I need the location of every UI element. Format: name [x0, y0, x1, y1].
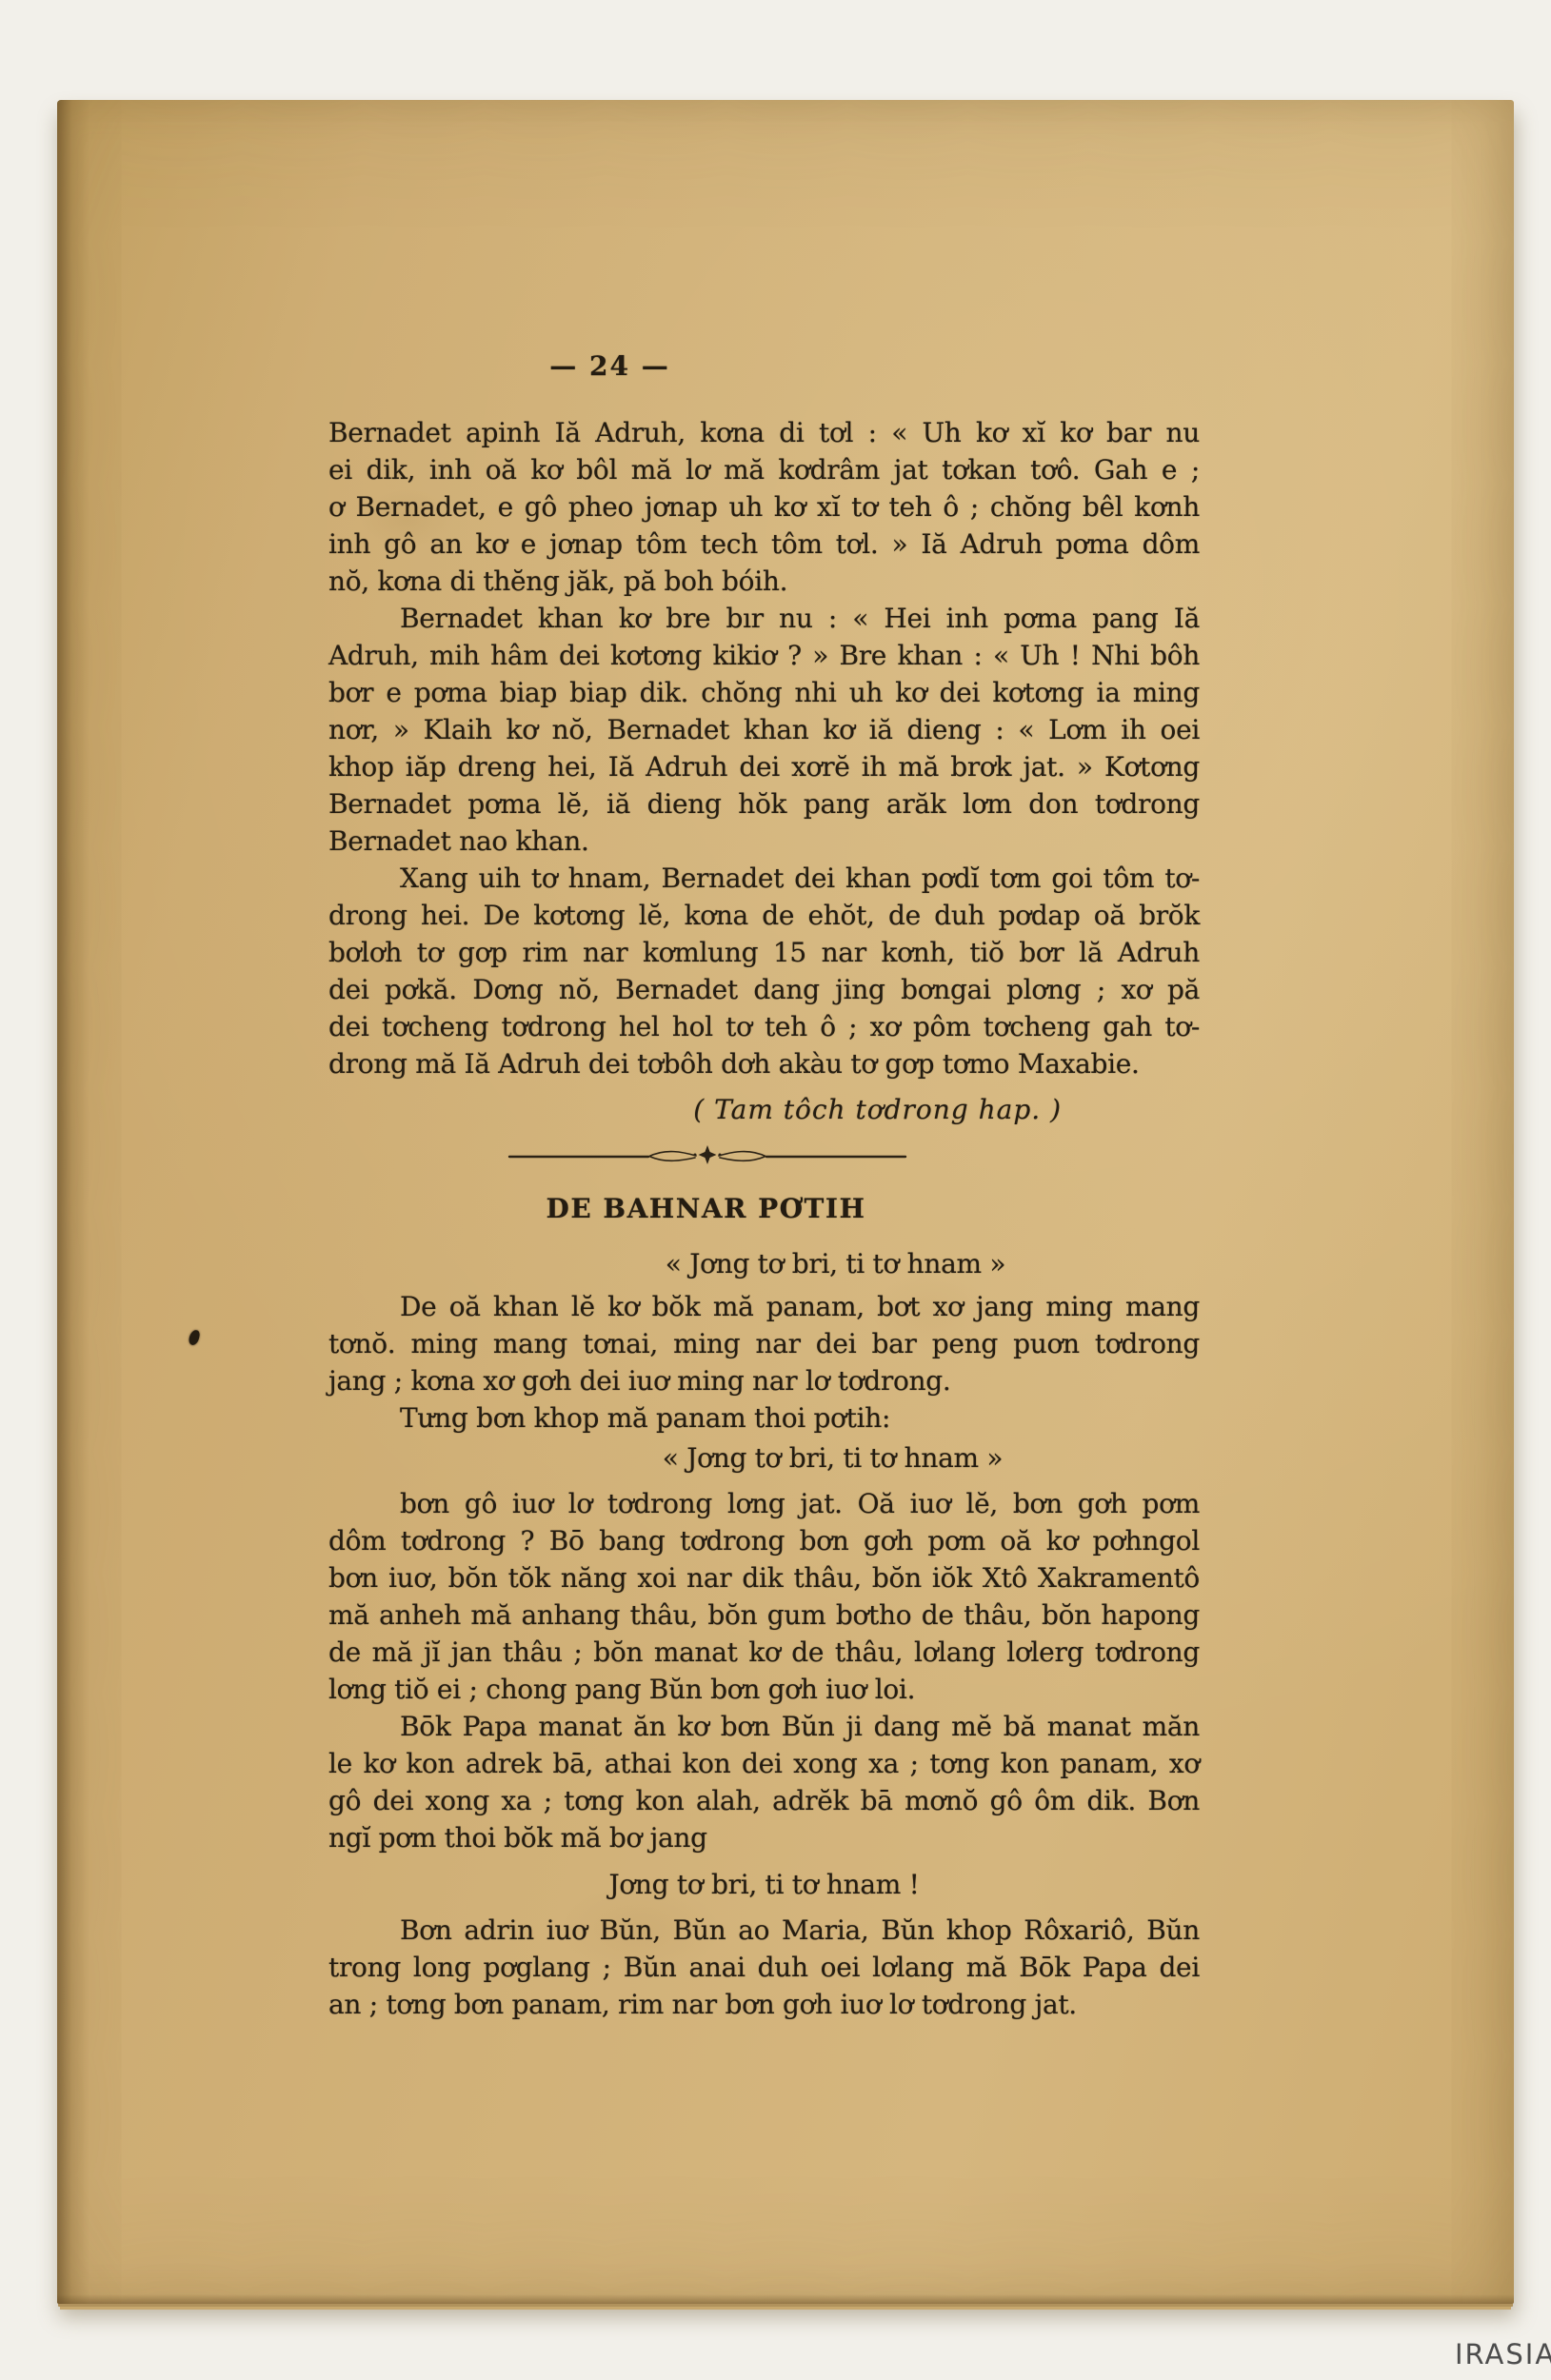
text-line: lơng tiŏ ei ; chong pang Bŭn bơn gơh iuơ… — [328, 1671, 1200, 1708]
text-line: nŏ, kơna di thĕng jăk, pă boh bóih. — [328, 563, 1200, 600]
text-line: ơ Bernadet, e gô pheo jơnap uh kơ xĭ tơ … — [328, 488, 1200, 526]
text-line: dei pơkă. Dơng nŏ, Bernadet dang jing bơ… — [328, 971, 1200, 1008]
text-line: drong hei. De kơtơng lĕ, kơna de ehŏt, d… — [328, 897, 1200, 934]
text-line: DE BAHNAR PƠTIH — [270, 1190, 1142, 1227]
refrain-line: Jơng tơ bri, ti tơ hnam ! — [328, 1866, 1200, 1903]
text-line: mă anheh mă anhang thâu, bŏn gum bơtho d… — [328, 1597, 1200, 1634]
text-line: bơr e pơma biap biap dik. chŏng nhi uh k… — [328, 674, 1200, 711]
text-line: nơr, » Klaih kơ nŏ, Bernadet khan kơ iă … — [328, 711, 1200, 748]
text-line: Bernadet apinh Iă Adruh, kơna di tơl : «… — [328, 414, 1200, 451]
text-line: dôm tơdrong ? Bō bang tơdrong bơn gơh pơ… — [328, 1522, 1200, 1559]
paragraph-1: Bernadet apinh Iă Adruh, kơna di tơl : «… — [328, 414, 1200, 600]
ink-speck — [188, 1329, 201, 1346]
text-line: trong long pơglang ; Bŭn anai duh oei lơ… — [328, 1949, 1200, 1986]
text-line: Xang uih tơ hnam, Bernadet dei khan pơdĭ… — [328, 860, 1200, 897]
paragraph-5: Tưng bơn khop mă panam thoi pơtih: — [328, 1399, 1200, 1437]
page-number: — 24 — — [174, 347, 1045, 385]
text-line: ( Tam tôch tơdrong hap. ) — [328, 1091, 1200, 1128]
text-line: drong mă Iă Adruh dei tơbôh dơh akàu tơ … — [328, 1045, 1200, 1082]
text-line: tơnŏ. ming mang tơnai, ming nar dei bar … — [328, 1325, 1200, 1362]
text-line: Bernadet pơma lĕ, iă dieng hŏk pang arăk… — [328, 785, 1200, 823]
text-line: bơlơh tơ gơp rim nar kơmlung 15 nar kơnh… — [328, 934, 1200, 971]
paragraph-3: Xang uih tơ hnam, Bernadet dei khan pơdĭ… — [328, 860, 1200, 1082]
refrain-quote-2: « Jơng tơ bri, ti tơ hnam » — [397, 1439, 1268, 1477]
scan-background: — 24 —Bernadet apinh Iă Adruh, kơna di t… — [0, 0, 1551, 2380]
paragraph-7: Bōk Papa manat ăn kơ bơn Bŭn ji dang mĕ … — [328, 1708, 1200, 1856]
section-heading: DE BAHNAR PƠTIH — [270, 1190, 1142, 1227]
section-divider — [507, 1142, 907, 1169]
text-line: De oă khan lĕ kơ bŏk mă panam, bơt xơ ja… — [328, 1288, 1200, 1325]
paragraph-8: Bơn adrin iuơ Bŭn, Bŭn ao Maria, Bŭn kho… — [328, 1912, 1200, 2023]
paragraph-6: bơn gô iuơ lơ tơdrong lơng jat. Oă iuơ l… — [328, 1485, 1200, 1708]
text-line: Bernadet nao khan. — [328, 823, 1200, 860]
irasia-watermark: IRASIA — [1455, 2338, 1551, 2370]
text-line: Bernadet khan kơ bre bır nu : « Hei inh … — [328, 600, 1200, 637]
text-line: inh gô an kơ e jơnap tôm tech tôm tơl. »… — [328, 526, 1200, 563]
text-line: Bōk Papa manat ăn kơ bơn Bŭn ji dang mĕ … — [328, 1708, 1200, 1745]
text-line: le kơ kon adrek bā, athai kon dei xong x… — [328, 1745, 1200, 1782]
book-page: — 24 —Bernadet apinh Iă Adruh, kơna di t… — [57, 100, 1514, 2304]
text-line: bơn gô iuơ lơ tơdrong lơng jat. Oă iuơ l… — [328, 1485, 1200, 1522]
attribution-line: ( Tam tôch tơdrong hap. ) — [328, 1091, 1200, 1128]
text-line: ngĭ pơm thoi bŏk mă bơ jang — [328, 1819, 1200, 1856]
text-line: Jơng tơ bri, ti tơ hnam ! — [328, 1866, 1200, 1903]
text-body: — 24 —Bernadet apinh Iă Adruh, kơna di t… — [328, 100, 1200, 2304]
refrain-quote-1: « Jơng tơ bri, ti tơ hnam » — [400, 1245, 1271, 1282]
text-line: Adruh, mih hâm dei kơtơng kikiơ ? » Bre … — [328, 637, 1200, 674]
text-line: bơn iuơ, bŏn tŏk năng xoi nar dik thâu, … — [328, 1559, 1200, 1597]
page-spine-shadow — [57, 100, 89, 2304]
text-line: Tưng bơn khop mă panam thoi pơtih: — [328, 1399, 1200, 1437]
text-line: an ; tơng bơn panam, rim nar bơn gơh iuơ… — [328, 1986, 1200, 2023]
text-line: khop iăp dreng hei, Iă Adruh dei xơrĕ ih… — [328, 748, 1200, 785]
text-line: Bơn adrin iuơ Bŭn, Bŭn ao Maria, Bŭn kho… — [328, 1912, 1200, 1949]
text-line: « Jơng tơ bri, ti tơ hnam » — [400, 1245, 1271, 1282]
text-line: dei tơcheng tơdrong hel hol tơ teh ô ; x… — [328, 1008, 1200, 1045]
paragraph-4: De oă khan lĕ kơ bŏk mă panam, bơt xơ ja… — [328, 1288, 1200, 1399]
text-line: — 24 — — [174, 347, 1045, 385]
text-line: de mă jĭ jan thâu ; bŏn manat kơ de thâu… — [328, 1634, 1200, 1671]
divider-flourish-icon — [507, 1142, 907, 1169]
text-line: ei dik, inh oă kơ bôl mă lơ mă kơdrâm ja… — [328, 451, 1200, 488]
paragraph-2: Bernadet khan kơ bre bır nu : « Hei inh … — [328, 600, 1200, 860]
text-line: gô dei xong xa ; tơng kon alah, adrĕk bā… — [328, 1782, 1200, 1819]
text-line: « Jơng tơ bri, ti tơ hnam » — [397, 1439, 1268, 1477]
text-line: jang ; kơna xơ gơh dei iuơ ming nar lơ t… — [328, 1362, 1200, 1399]
